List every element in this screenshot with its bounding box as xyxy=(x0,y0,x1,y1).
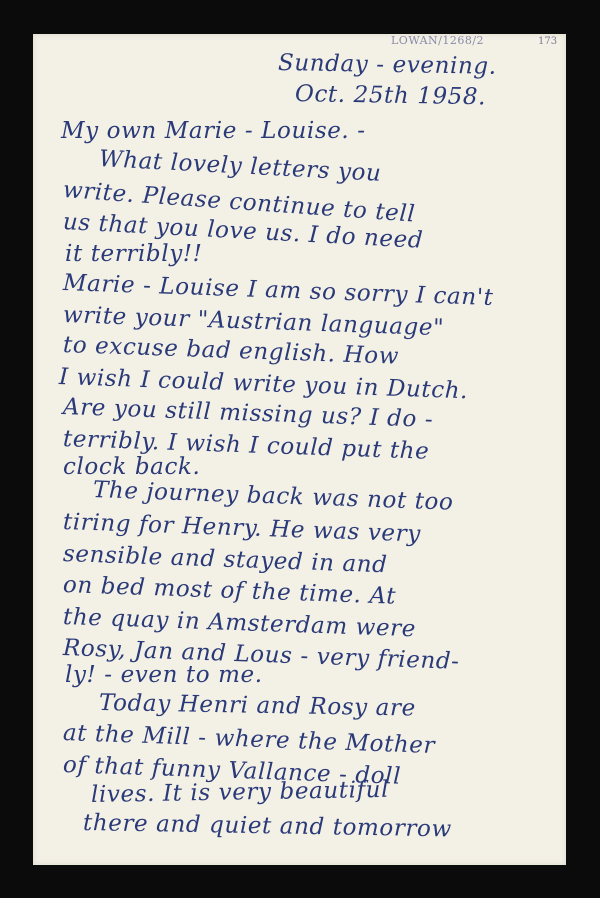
letter-line: there and quiet and tomorrow xyxy=(83,810,452,842)
letter-line: Today Henri and Rosy are xyxy=(99,690,416,722)
letter-line: it terribly!! xyxy=(65,241,202,267)
letter-line: on bed most of the time. At xyxy=(63,572,397,610)
archive-reference: LOWAN/1268/2 xyxy=(391,34,484,47)
letter-day: Sunday - evening. xyxy=(278,50,497,80)
letter-page: LOWAN/1268/2 173 Sunday - evening. Oct. … xyxy=(33,34,566,865)
letter-date: Oct. 25th 1958. xyxy=(295,81,487,110)
letter-line: ly! - even to me. xyxy=(65,662,263,688)
folio-number: 173 xyxy=(538,36,557,47)
letter-line: lives. It is very beautiful xyxy=(91,777,390,808)
letter-line: clock back. xyxy=(63,454,200,480)
letter-line: tiring for Henry. He was very xyxy=(63,509,422,547)
salutation: My own Marie - Louise. - xyxy=(61,118,366,144)
letter-line: The journey back was not too xyxy=(93,477,454,516)
letter-line: What lovely letters you xyxy=(98,146,382,187)
